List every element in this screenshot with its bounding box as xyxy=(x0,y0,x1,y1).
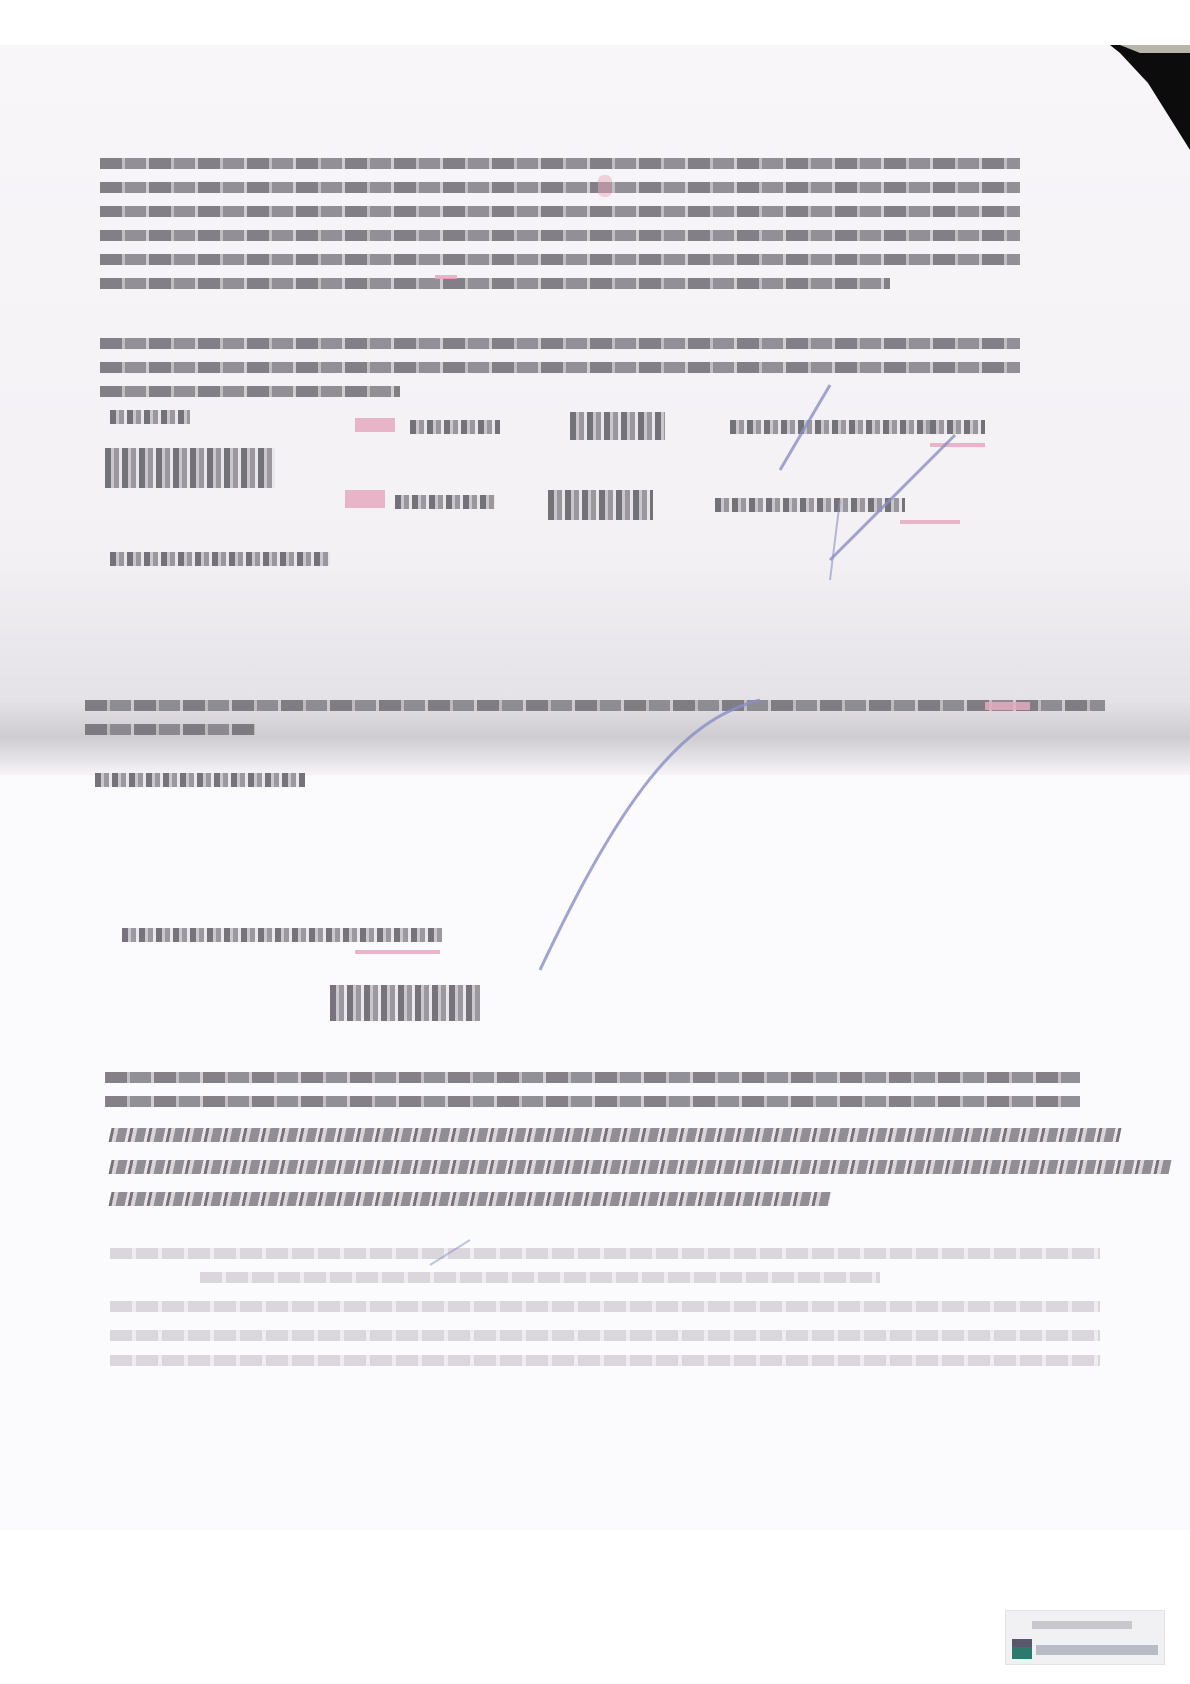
pen-strokes xyxy=(0,0,1190,1684)
watermark-badge xyxy=(1005,1610,1165,1665)
badge-text-line xyxy=(1032,1621,1132,1629)
badge-text-line xyxy=(1036,1645,1158,1655)
badge-logo-icon xyxy=(1012,1639,1032,1659)
